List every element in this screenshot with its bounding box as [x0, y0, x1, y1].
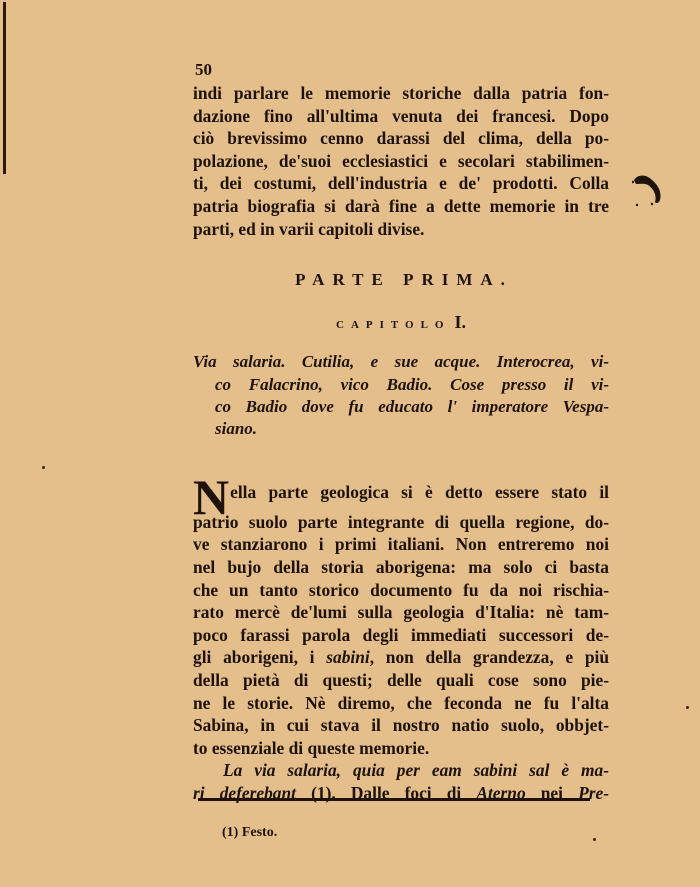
- chapter-heading: CAPITOLOI.: [193, 312, 609, 333]
- chapter-summary: Via salaria. Cutilia, e sue acque. Inter…: [193, 351, 609, 441]
- part-heading: PARTE PRIMA.: [193, 270, 609, 290]
- text-line: patria biografia si darà fine a dette me…: [193, 195, 609, 218]
- page-edge-rule: [3, 2, 6, 174]
- paper-speck: [593, 838, 596, 841]
- text-line: patrio suolo parte integrante di quella …: [193, 511, 609, 534]
- text-line: gli aborigeni, i sabini, non della grand…: [193, 646, 609, 669]
- text-line: ri deferebant (1). Dalle foci di Aterno …: [193, 782, 609, 805]
- page-number: 50: [195, 60, 609, 80]
- summary-line: Via salaria. Cutilia, e sue acque. Inter…: [193, 351, 609, 373]
- intro-paragraph: indi parlare le memorie storiche dalla p…: [193, 82, 609, 240]
- text-line: ella parte geologica si è detto essere s…: [193, 475, 609, 504]
- summary-line: siano.: [193, 418, 609, 440]
- chapter-label: CAPITOLO: [336, 319, 450, 331]
- paper-speck: [686, 706, 689, 709]
- text-line: to essenziale di queste memorie.: [193, 737, 609, 760]
- summary-line: co Falacrino, vico Badio. Cose presso il…: [193, 374, 609, 396]
- text-line: dazione fino all'ultima venuta dei franc…: [193, 105, 609, 128]
- text-line: polazione, de'suoi ecclesiastici e secol…: [193, 150, 609, 173]
- text-line: parti, ed in varii capitoli divise.: [193, 218, 609, 241]
- summary-line: co Badio dove fu educato l' imperatore V…: [193, 396, 609, 418]
- body-text: N ella parte geologica si è detto essere…: [193, 475, 609, 805]
- drop-cap: N: [193, 479, 229, 515]
- italic-term: sabini: [326, 647, 370, 667]
- text-line: ciò brevissimo cenno darassi del clima, …: [193, 127, 609, 150]
- text-line: ve stanziarono i primi italiani. Non ent…: [193, 533, 609, 556]
- text-line: Sabina, in cui stava il nostro natio suo…: [193, 714, 609, 737]
- text-line: La via salaria, quia per eam sabini sal …: [193, 759, 609, 782]
- text-line: indi parlare le memorie storiche dalla p…: [193, 82, 609, 105]
- paper-speck: [42, 466, 45, 469]
- text-line: rato mercè de'lumi sulla geologia d'Ital…: [193, 601, 609, 624]
- text-run: , non della grandezza, e più: [370, 647, 609, 667]
- text-line: ti, dei costumi, dell'industria e de' pr…: [193, 172, 609, 195]
- text-line: che un tanto storico documento fu da noi…: [193, 579, 609, 602]
- chapter-numeral: I.: [454, 312, 466, 332]
- ink-blot-icon: [632, 172, 666, 208]
- text-run: gli aborigeni, i: [193, 647, 326, 667]
- footnote-rule: [198, 798, 590, 801]
- text-line: ne le storie. Nè diremo, che feconda ne …: [193, 692, 609, 715]
- book-page: 50 indi parlare le memorie storiche dall…: [193, 60, 609, 805]
- footnote: (1) Festo.: [222, 825, 277, 841]
- text-line: poco farassi parola degli immediati succ…: [193, 624, 609, 647]
- text-line: della pietà di questi; delle quali cose …: [193, 669, 609, 692]
- text-line: nel bujo della storia aborigena: ma solo…: [193, 556, 609, 579]
